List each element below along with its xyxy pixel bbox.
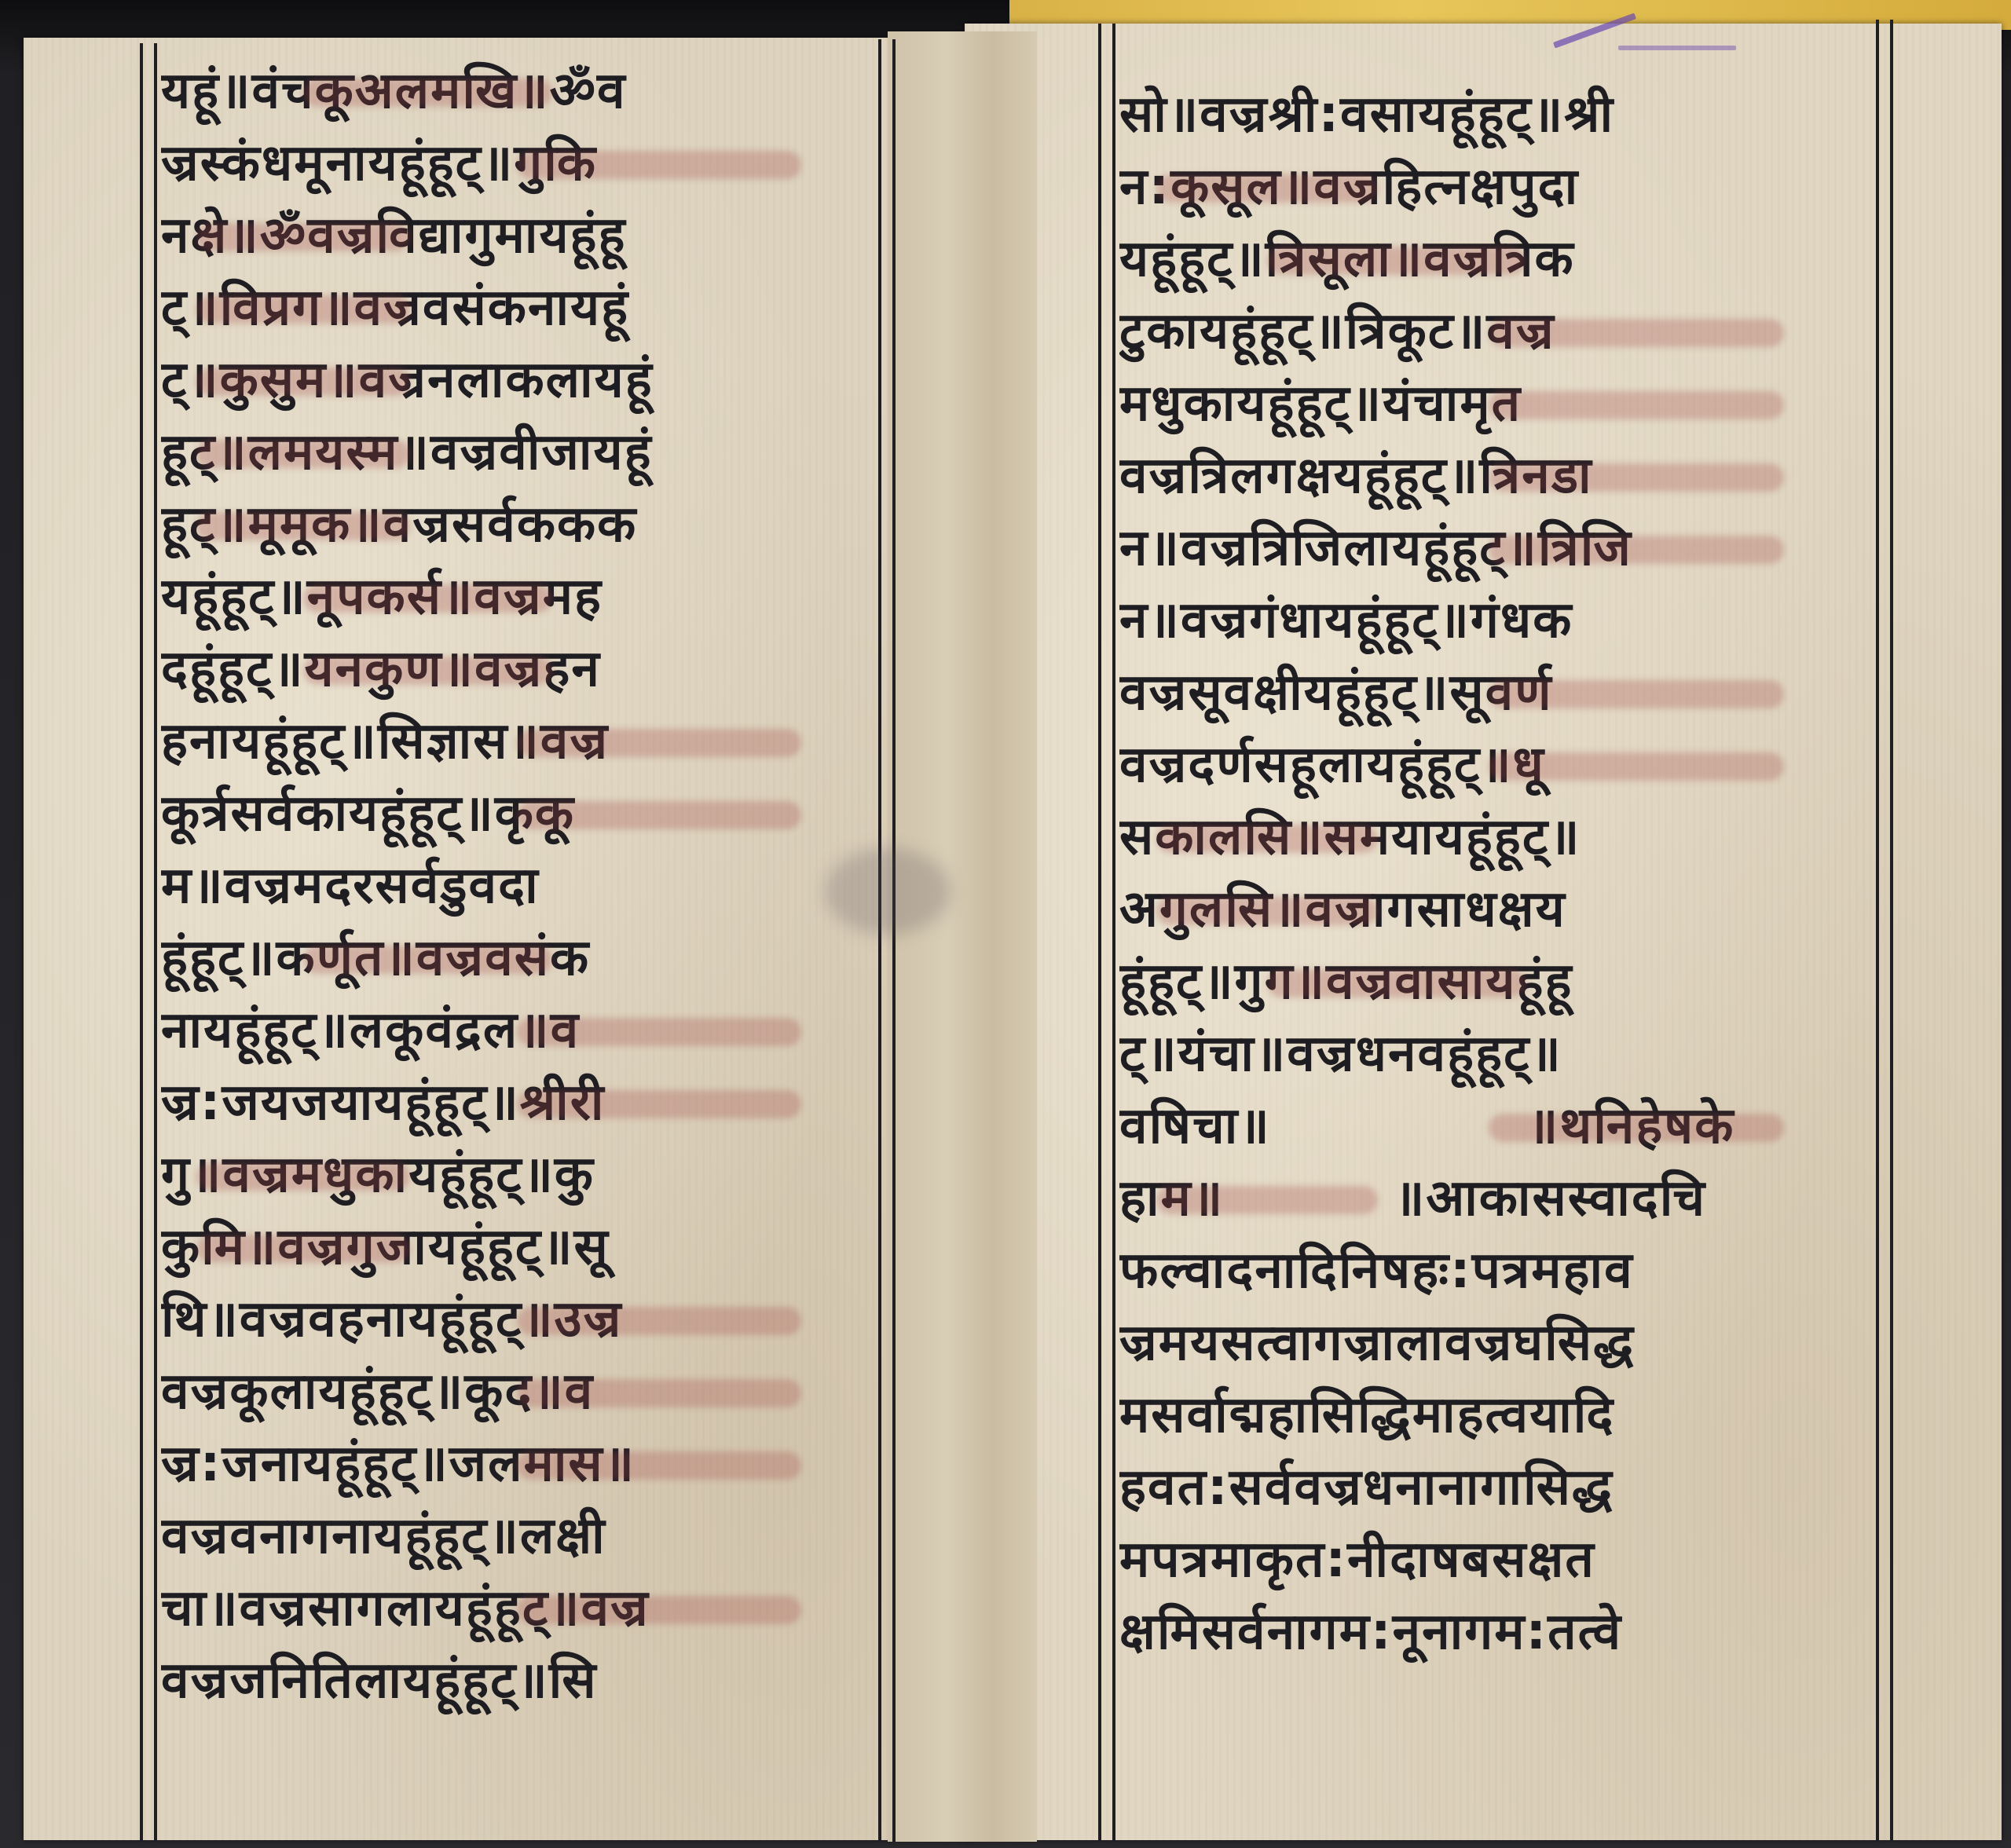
text-line: कूर्त्रसर्वकायहूंहूट्॥कृकू <box>161 778 872 850</box>
text-line: मसर्वाद्महासिद्धिमाहत्वयादि <box>1119 1379 1858 1451</box>
text-line: अगुलसि॥वज्रागसाधक्षय <box>1119 873 1858 946</box>
text-line: वषिचा॥ ॥थनिहेषके <box>1119 1090 1858 1162</box>
text-line: म॥वज्रमदरसर्वडुवदा <box>161 850 872 922</box>
text-segment: हाम॥ <box>1119 1169 1224 1228</box>
text-line: वज्रवनागनायहूंहूट्॥लक्षी <box>161 1500 872 1572</box>
text-line: यहूंहूट्॥नूपकर्स॥वज्रमह <box>161 561 872 633</box>
text-line: सो॥वज्रश्री:वसायहूंहूट्॥श्री <box>1119 79 1858 151</box>
text-segment: ॥थनिहेषके <box>1528 1090 1734 1162</box>
text-line: हवत:सर्ववज्रधनानागासिद्ध <box>1119 1451 1858 1524</box>
left-page-text: यहूं॥वंचकूअलमखि॥ॐव ज्रस्कंधमूनायहूंहूट्॥… <box>161 55 872 1717</box>
text-line: हूंहूट्॥गुग॥वज्रवासायहूंहू <box>1119 946 1858 1018</box>
text-segment: ॥आकासस्वादचि <box>1394 1162 1706 1235</box>
text-line: वज्रदर्णसहूलायहूंहूट्॥धू <box>1119 729 1858 801</box>
text-line: दहूंहूट्॥यनकुण॥वज्रहन <box>161 633 872 705</box>
text-line: ट्॥कुसुम॥वज्रनलाकलायहूं <box>161 344 872 416</box>
right-page-left-rule-inner <box>1112 24 1115 1842</box>
text-line: टुकायहूंहूट्॥त्रिकूट॥वज्र <box>1119 295 1858 368</box>
text-line: चा॥वज्रसागलायहूंहूट्॥वज्र <box>161 1572 872 1645</box>
text-line: न:कूसूल॥वज्रहित्नक्षपुदा <box>1119 151 1858 223</box>
right-page-left-rule-outer <box>1098 24 1101 1842</box>
text-line: हाम॥ ॥आकासस्वादचि <box>1119 1162 1858 1235</box>
text-line: ज्र:जयजयायहूंहूट्॥श्रीरी <box>161 1067 872 1139</box>
text-line: मधुकायहूंहूट्॥यंचामृत <box>1119 368 1858 440</box>
left-page-right-rule-inner <box>892 39 896 1842</box>
text-line: वज्रसूवक्षीयहूंहूट्॥सूवर्ण <box>1119 657 1858 729</box>
text-line: न॥वज्रत्रिजिलायहूंहूट्॥त्रिजि <box>1119 512 1858 584</box>
text-line: नायहूंहूट्॥लकूवंद्रल॥व <box>161 994 872 1067</box>
text-line: ट्॥विप्रग॥वज्रवसंकनायहूं <box>161 272 872 344</box>
text-line: मपत्रमाकृत:नीदाषबसक्षत <box>1119 1524 1858 1596</box>
text-line: फल्वादनादिनिषहः:पत्रमहाव <box>1119 1235 1858 1307</box>
right-page-text: सो॥वज्रश्री:वसायहूंहूट्॥श्री न:कूसूल॥वज्… <box>1119 79 1858 1668</box>
text-line: ट्॥यंचा॥वज्रधनवहूंहूट्॥ <box>1119 1018 1858 1090</box>
purple-ink-mark <box>1618 46 1736 50</box>
text-line: थि॥वज्रवहनायहूंहूट्॥उज्र <box>161 1283 872 1356</box>
left-margin-rule-inner <box>154 43 157 1842</box>
text-line: हनायहूंहूट्॥सिज्ञास॥वज्र <box>161 705 872 778</box>
text-line: वज्रकूलायहूंहूट्॥कूद॥व <box>161 1356 872 1428</box>
text-line: सकालसि॥समयायहूंहूट्॥ <box>1119 801 1858 873</box>
text-line: यहूंहूट्॥त्रिसूला॥वज्रत्रिक <box>1119 223 1858 295</box>
left-margin-rule-outer <box>140 43 143 1842</box>
text-line: हूंहूट्॥कर्णूत॥वज्रवसंक <box>161 922 872 994</box>
text-line: वज्रजनितिलायहूंहूट्॥सि <box>161 1645 872 1717</box>
right-margin-rule-outer <box>1876 20 1879 1842</box>
text-line: वज्रत्रिलगक्षयहूंहूट्॥त्रिनडा <box>1119 440 1858 512</box>
text-line: ज्रस्कंधमूनायहूंहूट्॥गुकि <box>161 127 872 199</box>
text-line: ज्रमयसत्वागज्रालावज्रघसिद्ध <box>1119 1307 1858 1379</box>
text-line: यहूं॥वंचकूअलमखि॥ॐव <box>161 55 872 127</box>
text-line: कुमि॥वज्रगुजायहूंहूट्॥सू <box>161 1211 872 1283</box>
text-line: हूट्॥मूमूक॥वज्रसर्वककक <box>161 489 872 561</box>
text-line: हूट्॥लमयस्म॥वज्रवीजायहूं <box>161 416 872 489</box>
right-margin-rule-inner <box>1890 20 1893 1842</box>
text-line: गु॥वज्रमधुकायहूंहूट्॥कु <box>161 1139 872 1211</box>
text-line: नक्षे॥ॐवज्रविद्यागुमायहूंहू <box>161 199 872 272</box>
text-line: न॥वज्रगंधायहूंहूट्॥गंधक <box>1119 584 1858 657</box>
book-gutter <box>888 31 1037 1842</box>
text-line: ज्र:जनायहूंहूट्॥जलमास॥ <box>161 1428 872 1500</box>
text-line: क्षमिसर्वनागम:नूनागम:तत्वे <box>1119 1596 1858 1668</box>
left-page-right-rule-outer <box>878 39 881 1842</box>
text-segment: वषिचा॥ <box>1119 1097 1271 1155</box>
